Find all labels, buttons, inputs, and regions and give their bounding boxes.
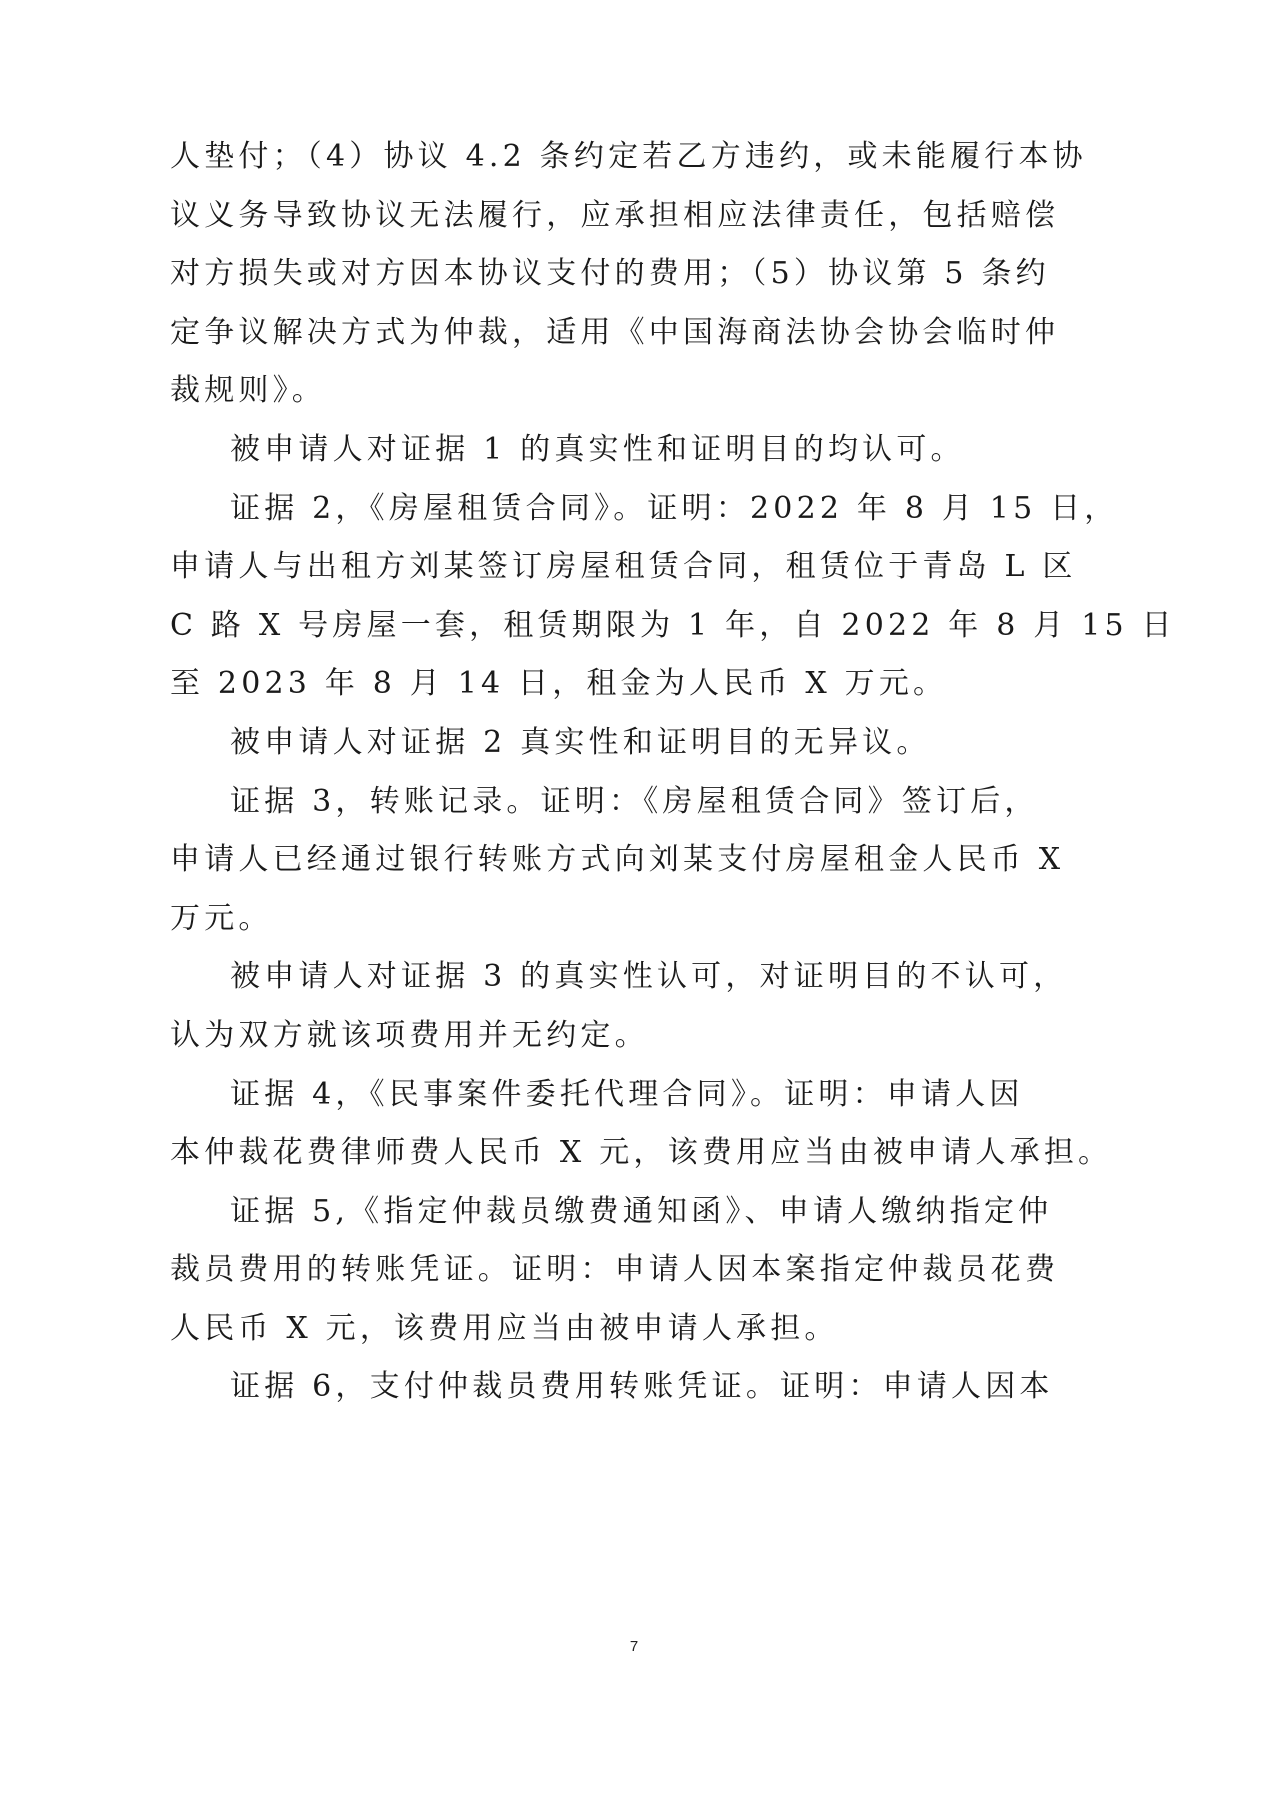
text-line: 被申请人对证据 2 真实性和证明目的无异议。	[170, 714, 950, 773]
document-page: 人垫付；（4）协议 4.2 条约定若乙方违约，或未能履行本协 议义务导致协议无法…	[0, 0, 1268, 1793]
text-line: 认为双方就该项费用并无约定。	[170, 1007, 950, 1066]
text-line: C 路 X 号房屋一套，租赁期限为 1 年，自 2022 年 8 月 15 日	[170, 597, 950, 656]
text-line: 人民币 X 元，该费用应当由被申请人承担。	[170, 1300, 950, 1359]
text-line: 申请人已经通过银行转账方式向刘某支付房屋租金人民币 X	[170, 831, 950, 890]
text-line: 裁规则》。	[170, 362, 950, 421]
text-line: 议义务导致协议无法履行，应承担相应法律责任，包括赔偿	[170, 187, 950, 246]
page-number: 7	[0, 1638, 1268, 1655]
text-line: 裁员费用的转账凭证。证明：申请人因本案指定仲裁员花费	[170, 1241, 950, 1300]
text-line: 万元。	[170, 890, 950, 949]
text-line: 被申请人对证据 3 的真实性认可，对证明目的不认可，	[170, 948, 950, 1007]
text-line: 本仲裁花费律师费人民币 X 元，该费用应当由被申请人承担。	[170, 1124, 950, 1183]
text-line: 人垫付；（4）协议 4.2 条约定若乙方违约，或未能履行本协	[170, 128, 950, 187]
text-line: 定争议解决方式为仲裁，适用《中国海商法协会协会临时仲	[170, 304, 950, 363]
text-line: 对方损失或对方因本协议支付的费用；（5）协议第 5 条约	[170, 245, 950, 304]
text-line: 证据 5,《指定仲裁员缴费通知函》、申请人缴纳指定仲	[170, 1183, 950, 1242]
text-line: 申请人与出租方刘某签订房屋租赁合同，租赁位于青岛 L 区	[170, 538, 950, 597]
body-text: 人垫付；（4）协议 4.2 条约定若乙方违约，或未能履行本协 议义务导致协议无法…	[170, 128, 950, 1417]
text-line: 至 2023 年 8 月 14 日，租金为人民币 X 万元。	[170, 655, 950, 714]
text-line: 证据 4，《民事案件委托代理合同》。证明：申请人因	[170, 1066, 950, 1125]
text-line: 证据 6，支付仲裁员费用转账凭证。证明：申请人因本	[170, 1358, 950, 1417]
text-line: 证据 3，转账记录。证明：《房屋租赁合同》签订后，	[170, 773, 950, 832]
text-line: 被申请人对证据 1 的真实性和证明目的均认可。	[170, 421, 950, 480]
text-line: 证据 2，《房屋租赁合同》。证明：2022 年 8 月 15 日，	[170, 480, 950, 539]
